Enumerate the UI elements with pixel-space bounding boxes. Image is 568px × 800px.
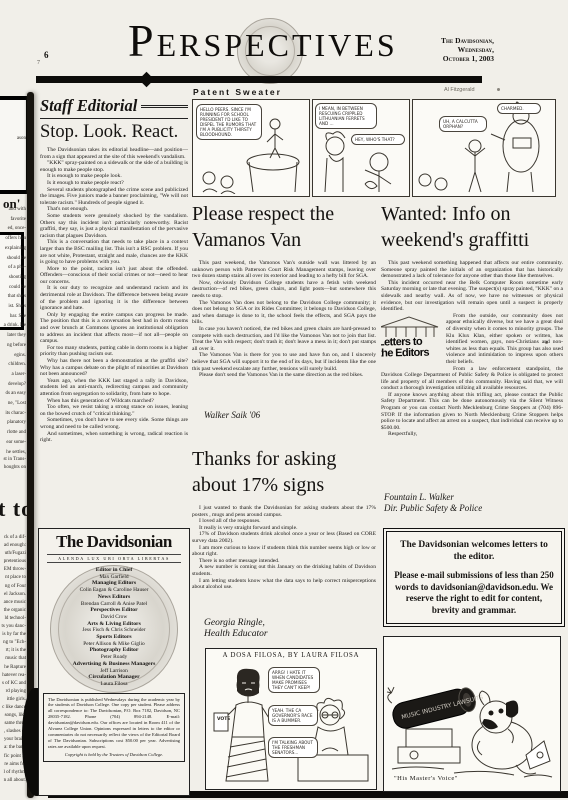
staff-editorial-kicker: Staff Editorial [40,96,137,116]
masters-voice-caption: "His Master's Voice" [394,775,458,782]
comic-panel-3-drawing [413,100,553,194]
speech-bubble: Uh, a Calcutta orphan? [439,116,487,132]
comic-strip-title: Patent Sweater [193,87,282,97]
paragraph: That's not enough. [40,206,188,213]
speech-bubble: Hey, who's that? [351,134,405,145]
paragraph: In case you haven't noticed, the red bik… [192,326,376,352]
staff-names: David Crow [39,614,189,621]
staff-names: Brendan Carroll & Anise Patel [39,601,189,608]
masthead-staff-list: Editor in Chief Max Garfield Managing Ed… [39,567,189,688]
letters-policy-heading: The Davidsonian welcomes letters to the … [393,539,555,563]
kicker-rule [141,105,188,108]
letters-policy-box: The Davidsonian welcomes letters to the … [383,528,565,627]
letters-policy-text: Please e-mail submissions of less than 2… [393,570,555,616]
paragraph: It is enough to make people look. [40,173,188,180]
dosa-filosa-comic: A DOSA FILOSA, BY LAURA FILOSA Arrg! I h… [205,648,377,790]
speech-bubble: Arrg! I hate it when candidates make pro… [268,667,320,693]
margin-text-mid: st in Trans- houghts on [0,456,26,472]
paragraph: I am letting students know what the data… [192,578,376,591]
comic-panel-1: Hello peers. Since I'm running for schoo… [192,99,310,197]
dosa-filosa-title: A DOSA FILOSA, BY LAURA FILOSA [206,652,376,659]
staff-role: Sports Editors [39,634,189,641]
staff-role: Photography Editor [39,647,189,654]
letters-graphic-text: Letters to the Editors [381,336,442,359]
cutoff-ad-box [0,96,30,194]
folio-number: 7 [37,60,40,66]
speech-bubble: Yeah. The CA governor's race is a bummer… [268,705,318,726]
paragraph: Years ago, when the KKK last staged a ra… [40,378,188,398]
staff-role: Managing Editors [39,580,189,587]
paragraph: Why has there not been a demonstration a… [40,358,188,378]
letters-policy-inner: The Davidsonian welcomes letters to the … [386,531,562,624]
staff-role: Advertising & Business Managers [39,661,189,668]
paragraph: Too often, we resist taking a strong sta… [40,404,188,417]
paragraph: The Davidsonian takes its editorial head… [40,147,188,160]
paragraph: Now, obviously Davidson College students… [192,280,376,300]
vamanos-headline: Please respect the Vamanos Van [192,201,376,253]
staff-names: Max Garfield [39,574,189,581]
comic-panel-3: Uh, a Calcutta orphan? Charmed. [412,99,556,197]
staff-names: Laura Filosa [39,681,189,688]
masthead-fine-print: The Davidsonian is published Wednesdays … [43,693,185,762]
staff-role: Circulation Manager [39,674,189,681]
paragraph: Respectfully, [381,431,563,438]
staff-editorial-kicker-row: Staff Editorial [40,96,188,119]
speech-bubble: I mean, in between rescuing crippled Lit… [315,103,377,129]
paragraph: Only by engaging the entire campus can p… [40,312,188,345]
paragraph: I am more curious to know if students th… [192,545,376,558]
paragraph: I loved all of the responses. [192,518,376,525]
wanted-headline: Wanted: Info on weekend's graffitti [381,201,565,253]
staff-names: Peter Allison & Mike Giglio [39,641,189,648]
paragraph: "KKK" spray-painted on a sidewalk or the… [40,160,188,173]
margin-text-column-top: and with favorite ed, once- offers him e… [0,205,26,457]
staff-names: Colin Eagan & Caroline Hauser [39,587,189,594]
speech-bubble: Hello peers. Since I'm running for schoo… [196,104,262,140]
letters-graphic-building-icon [381,315,440,337]
staff-editorial-body: The Davidsonian takes its editorial head… [40,147,188,503]
masters-voice-drawing: MUSIC INDUSTRY LAWSUITS [384,637,558,789]
staff-names: Jeff Larrison [39,668,189,675]
paragraph: From a law enforcement standpoint, the D… [381,366,563,392]
paragraph: This past weekend, the Vamonos Van's out… [192,260,376,280]
paragraph: More to the point, racism isn't just abo… [40,266,188,286]
paragraph: The Vamonos Van is there for you to use … [192,352,376,372]
cartoonist-credit: Al Fitzgerald [444,87,475,93]
wanted-body: This past weekend something happened tha… [381,260,563,488]
staff-role: Editor in Chief [39,567,189,574]
header-rule [36,76,482,83]
paragraph: This past weekend something happened tha… [381,260,563,280]
paragraph: I just wanted to thank the Davidsonian f… [192,505,376,518]
staff-editorial-article: Staff Editorial Stop. Look. React. The D… [40,96,188,503]
section-title: Perspectives [128,14,398,67]
staff-role: Arts & Living Editors [39,621,189,628]
paragraph: If anyone knows anything about this trif… [381,392,563,432]
scan-speck [497,88,500,91]
paragraph: This is a conversation that needs to tak… [40,239,188,265]
masters-voice-cartoon: MUSIC INDUSTRY LAWSUITS "His Master's Vo… [383,636,561,792]
staff-names: Jess Fisch & Chris Schneider [39,627,189,634]
staff-role: Perspectives Editor [39,607,189,614]
speech-bubble: I'm talking about the freshman senators.… [268,737,318,758]
signs17-signature: Georgia Ringle, Health Educator [204,618,268,640]
signs17-body: I just wanted to thank the Davidsonian f… [192,505,376,613]
paragraph: Sometimes, you don't have to see every s… [40,417,188,430]
paragraph: It is our duty to recognize and understa… [40,285,188,311]
vamanos-body: This past weekend, the Vamonos Van's out… [192,260,376,406]
paragraph: Some students were genuinely shocked by … [40,213,188,239]
comic-panel-2: I mean, in between rescuing crippled Lit… [312,99,410,197]
staff-names: Peter Roady [39,654,189,661]
paragraph: Several students photographed the crime … [40,187,188,207]
staff-role: News Editors [39,594,189,601]
newspaper-page: 6 7 ason on' and with favorite ed, once-… [0,0,568,800]
margin-fragment: ason [0,134,26,144]
paragraph: A new number is coming out this January … [192,564,376,577]
paragraph: The Vamonos Van does not belong to the D… [192,300,376,326]
speech-bubble: Charmed. [497,103,541,114]
dateline: The Davidsonian,Wednesday,October 1, 200… [408,36,494,63]
header-rule-diamond [139,72,155,88]
paragraph: 17% of Davidson students drink alcohol o… [192,531,376,544]
adjacent-page-number: 6 [44,50,49,60]
paragraph: Please don't send the Vamonos Van in the… [192,372,376,379]
letters-to-the-editors-graphic: Letters to the Editors [381,315,442,367]
vote-sign: VOTE [217,717,230,722]
masthead-motto: ALENDA LUX UBI ORTA LIBERTAS [47,554,181,563]
paragraph: This incident occurred near the Belk Com… [381,280,563,313]
masthead-title: The Davidsonian [39,532,189,552]
vamanos-signature: Walker Saik '06 [204,410,260,421]
paragraph: And sometimes, when something is wrong, … [40,431,188,444]
staff-editorial-headline: Stop. Look. React. [40,122,188,143]
wanted-signature: Fountain L. Walker Dir. Public Safety & … [384,492,482,514]
paragraph: For too many students, putting cable in … [40,345,188,358]
comic-strip: Hello peers. Since I'm running for schoo… [192,99,562,197]
signs17-headline: Thanks for asking about 17% signs [192,446,376,498]
masthead-copyright: Copyright is held by the Trustees of Dav… [48,752,180,758]
masthead-box: The Davidsonian ALENDA LUX UBI ORTA LIBE… [38,528,190,796]
paragraph: Is it enough to make people react? [40,180,188,187]
